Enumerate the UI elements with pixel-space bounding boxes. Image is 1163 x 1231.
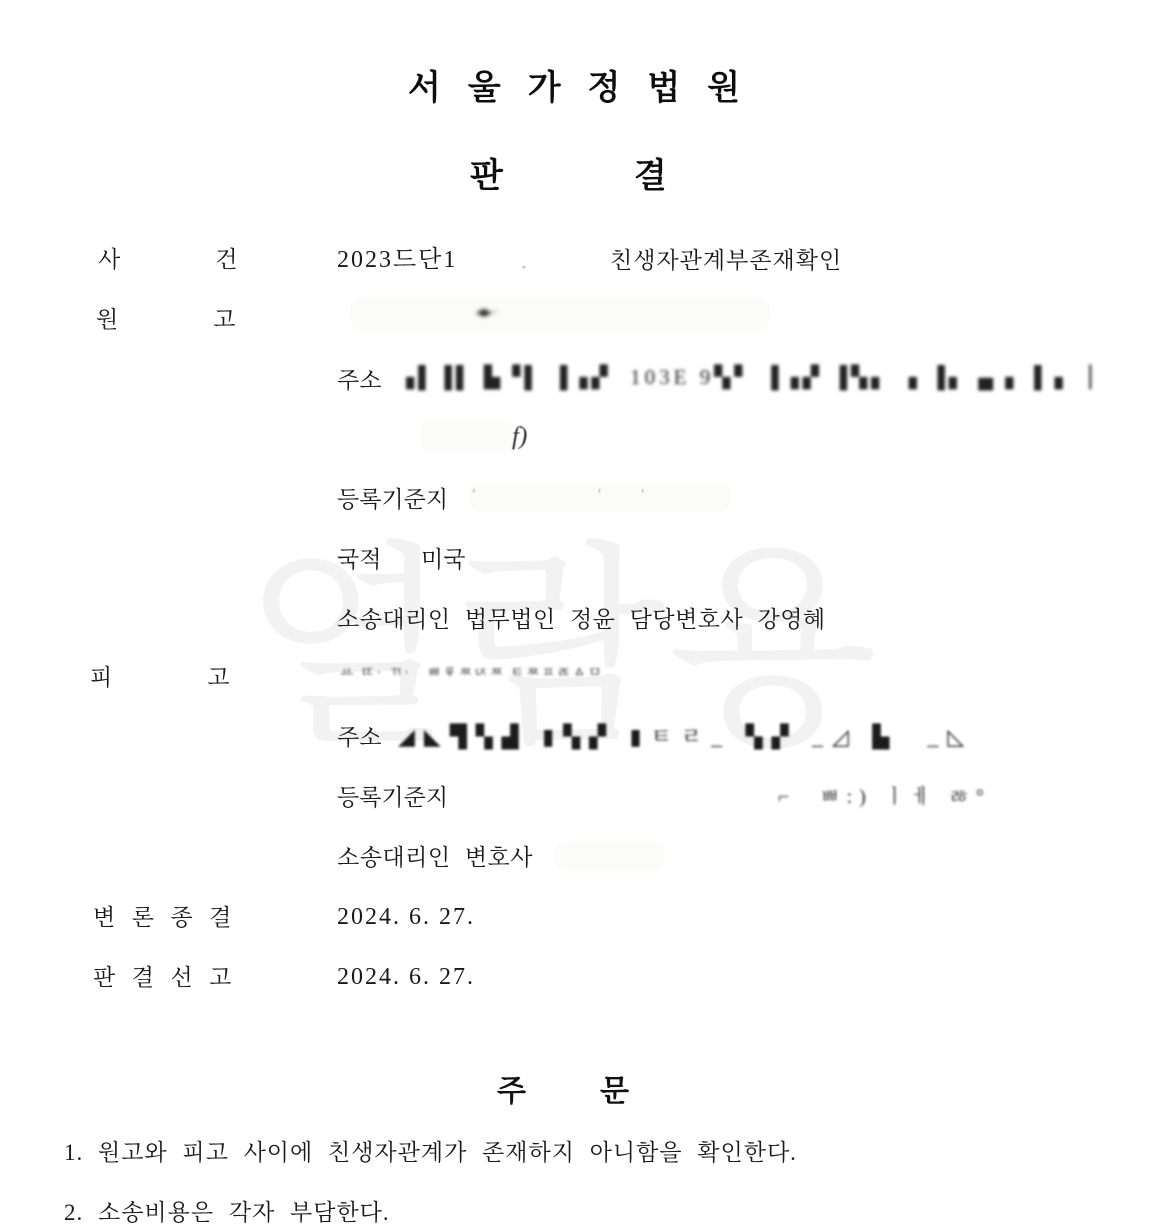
defendant-attorney: 소송대리인 변호사 <box>337 844 533 872</box>
order-item-1: 1. 원고와 피고 사이에 친생자관계가 존재하지 아니함을 확인한다. <box>64 1139 797 1167</box>
judgment-date-value: 2024. 6. 27. <box>337 963 475 992</box>
erasure-patch <box>555 842 665 870</box>
closing-of-arguments-label: 변론종결 <box>93 904 248 932</box>
plaintiff-address-redacted: ▗▌▐▌ ▙▝▌ ▐▗▞ 103Ε 9▚▘ ▐▗▞ ▐▚▖ ▗ ▐▖ ▄▗ ▐ … <box>398 365 1163 390</box>
document-title: 판결 <box>470 156 798 197</box>
plaintiff-address-label: 주소 <box>337 367 381 395</box>
erasure-patch <box>350 298 770 330</box>
plaintiff-label: 원고 <box>96 306 330 334</box>
order-item-2: 2. 소송비용은 각자 부담한다. <box>64 1199 390 1227</box>
plaintiff-registry-label: 등록기준지 <box>337 486 448 514</box>
judgment-date-label: 판결선고 <box>93 964 248 992</box>
defendant-label: 피고 <box>90 664 324 692</box>
defendant-registry-label: 등록기준지 <box>337 784 448 812</box>
order-heading: 주문 <box>497 1074 703 1110</box>
defendant-address-redacted: ◢◣▜▚▟ ▮▚▞ ▮ㅌㄹ_ ▚▞ _◿ ▙ _◺ <box>398 720 1088 751</box>
plaintiff-registry-redacted: ˈ ˈ ˈ <box>470 484 654 512</box>
plaintiff-address-line2: f) <box>512 422 527 452</box>
plaintiff-nationality-value: 미국 <box>421 546 465 574</box>
case-label: 사건 <box>98 246 332 274</box>
case-number-redaction-dot: · <box>520 254 528 282</box>
defendant-name-redacted: ㅛ ㄸ· ㄲ· ㅃㆄㅉㄵㅉ ㅌㅉㅍㄾㅿㅁ <box>340 662 604 682</box>
defendant-registry-redacted: ⌐ ㅃ:) ㅣㅔ ㅀ° <box>778 780 991 809</box>
plaintiff-nationality-label: 국적 <box>337 546 381 574</box>
case-name: 친생자관계부존재확인 <box>610 247 842 275</box>
defendant-address-label: 주소 <box>337 724 381 752</box>
judgment-page: 열람용 서울가정법원 판결 사건 2023드단1 · 친생자관계부존재확인 원고… <box>0 0 1163 1231</box>
case-number: 2023드단1 <box>337 246 457 275</box>
erasure-patch <box>420 422 515 452</box>
plaintiff-name-redacted: ◂▸· <box>476 302 497 322</box>
closing-of-arguments-date: 2024. 6. 27. <box>337 903 475 932</box>
court-name: 서울가정법원 <box>408 68 767 109</box>
plaintiff-attorney: 소송대리인 법무법인 정윤 담당변호사 강영혜 <box>337 606 826 634</box>
